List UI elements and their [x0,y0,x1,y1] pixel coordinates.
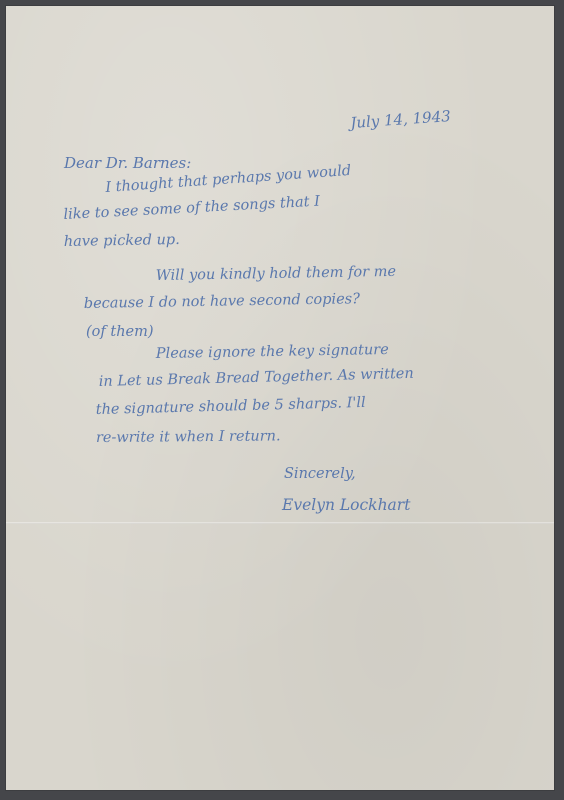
letter-body-line: Will you kindly hold them for me [156,264,396,284]
paper-fold-line [6,522,554,524]
letter-salutation: Dear Dr. Barnes: [64,154,191,172]
letter-sheet: July 14, 1943 Dear Dr. Barnes: I thought… [6,6,554,790]
letter-signature: Evelyn Lockhart [282,496,410,514]
letter-date: July 14, 1943 [350,107,452,132]
paper-watermark [516,26,544,786]
letter-body-line: in Let us Break Bread Together. As writt… [99,366,414,390]
letter-body-line: (of them) [86,324,154,340]
letter-body-line: the signature should be 5 sharps. I'll [96,395,366,418]
letter-body-line: like to see some of the songs that I [63,194,320,223]
letter-body-line: have picked up. [64,232,180,250]
letter-closing: Sincerely, [284,466,356,482]
letter-body-line: because I do not have second copies? [84,291,360,312]
letter-body-line: Please ignore the key signature [156,342,389,362]
letter-body-line: re-write it when I return. [96,428,281,446]
